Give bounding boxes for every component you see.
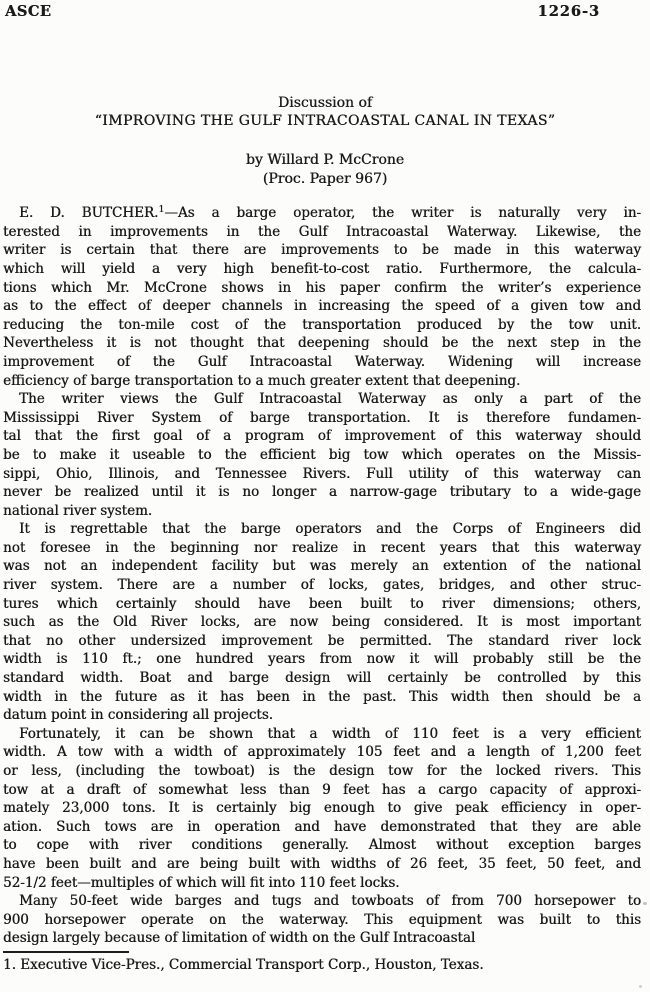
text-line: efficiency of barge transportation to a … (3, 372, 641, 391)
text-line: Mississippi River System of barge transp… (3, 409, 641, 428)
paper-title: “IMPROVING THE GULF INTRACOASTAL CANAL I… (0, 112, 650, 130)
text-line: Nevertheless it is not thought that deep… (3, 334, 641, 353)
text-line: Many 50-feet wide barges and tugs and to… (3, 892, 641, 911)
scan-artifact (639, 985, 642, 988)
text-line: have been built and are being built with… (3, 855, 641, 874)
text-line: 900 horsepower operate on the waterway. … (3, 911, 641, 930)
discusser-name: E. D. BUTCHER. (19, 205, 158, 221)
paragraph-lines: terested in improvements in the Gulf Int… (3, 223, 641, 390)
text-line: datum point in considering all projects. (3, 706, 641, 725)
paragraph-5: Many 50-feet wide barges and tugs and to… (3, 892, 641, 948)
document-body: E. D. BUTCHER.1—As a barge operator, the… (0, 201, 650, 948)
text-line: or less, (including the towboat) is the … (3, 762, 641, 781)
text-line: which will yield a very high benefit-to-… (3, 260, 641, 279)
scan-artifact (643, 902, 647, 905)
paragraph-lines: Fortunately, it can be shown that a widt… (3, 725, 641, 892)
document-page: ASCE 1226-3 Discussion of “IMPROVING THE… (0, 0, 650, 992)
footnote-block: 1. Executive Vice-Pres., Commercial Tran… (3, 951, 641, 974)
text-line: tow at a draft of somewhat less than 9 f… (3, 781, 641, 800)
text-line: writer is certain that there are improve… (3, 241, 641, 260)
text-line: such as the Old River locks, are now bei… (3, 613, 641, 632)
title-line-discussion: Discussion of (0, 94, 650, 112)
text-line: national river system. (3, 502, 641, 521)
text-line: The writer views the Gulf Intracoastal W… (3, 390, 641, 409)
text-line: that no other undersized improvement be … (3, 632, 641, 651)
paragraph-3: It is regrettable that the barge operato… (3, 520, 641, 725)
text-line: 52-1/2 feet—multiples of which will fit … (3, 874, 641, 893)
text-line: It is regrettable that the barge operato… (3, 520, 641, 539)
text-line: design largely because of limitation of … (3, 929, 641, 948)
text-line: reducing the ton-mile cost of the transp… (3, 316, 641, 335)
text-line: standard width. Boat and barge design wi… (3, 669, 641, 688)
paragraph-lines: Many 50-feet wide barges and tugs and to… (3, 892, 641, 948)
page-header: ASCE 1226-3 (0, 0, 650, 20)
text-line: not foresee in the beginning nor realize… (3, 539, 641, 558)
footnote-rule (3, 951, 129, 953)
byline-block: by Willard P. McCrone (Proc. Paper 967) (0, 151, 650, 188)
text-line: be to make it useable to the efficient b… (3, 446, 641, 465)
text-line: improvement of the Gulf Intracoastal Wat… (3, 353, 641, 372)
byline-author: by Willard P. McCrone (0, 151, 650, 170)
text-line: to cope with river conditions generally.… (3, 836, 641, 855)
text-line: as to the effect of deeper channels in i… (3, 297, 641, 316)
paragraph-4: Fortunately, it can be shown that a widt… (3, 725, 641, 892)
text-line: E. D. BUTCHER.1—As a barge operator, the… (3, 201, 641, 223)
text-line: width is 110 ft.; one hundred years from… (3, 650, 641, 669)
text-line: ation. Such tows are in operation and ha… (3, 818, 641, 837)
paper-number: 1226-3 (538, 3, 600, 20)
text-line: sippi, Ohio, Illinois, and Tennessee Riv… (3, 465, 641, 484)
publisher-label: ASCE (5, 3, 51, 20)
text-line: never be realized until it is no longer … (3, 483, 641, 502)
text-line: width. A tow with a width of approximate… (3, 743, 641, 762)
paragraph-1: E. D. BUTCHER.1—As a barge operator, the… (3, 201, 641, 390)
text-line: river system. There are a number of lock… (3, 576, 641, 595)
text-line: tures which certainly should have been b… (3, 595, 641, 614)
text-line: Fortunately, it can be shown that a widt… (3, 725, 641, 744)
paragraph-lines: The writer views the Gulf Intracoastal W… (3, 390, 641, 520)
text-line: terested in improvements in the Gulf Int… (3, 223, 641, 242)
text-line: tal that the first goal of a program of … (3, 427, 641, 446)
text-line: tions which Mr. McCrone shows in his pap… (3, 279, 641, 298)
text-run: —As a barge operator, the writer is natu… (164, 205, 641, 221)
text-line: mately 23,000 tons. It is certainly big … (3, 799, 641, 818)
footnote-text: 1. Executive Vice-Pres., Commercial Tran… (3, 956, 641, 974)
paragraph-lines: It is regrettable that the barge operato… (3, 520, 641, 725)
title-block: Discussion of “IMPROVING THE GULF INTRAC… (0, 94, 650, 130)
byline-paper-ref: (Proc. Paper 967) (0, 170, 650, 189)
text-line: width in the future as it has been in th… (3, 688, 641, 707)
text-line: was not an independent facility but was … (3, 557, 641, 576)
paragraph-2: The writer views the Gulf Intracoastal W… (3, 390, 641, 520)
